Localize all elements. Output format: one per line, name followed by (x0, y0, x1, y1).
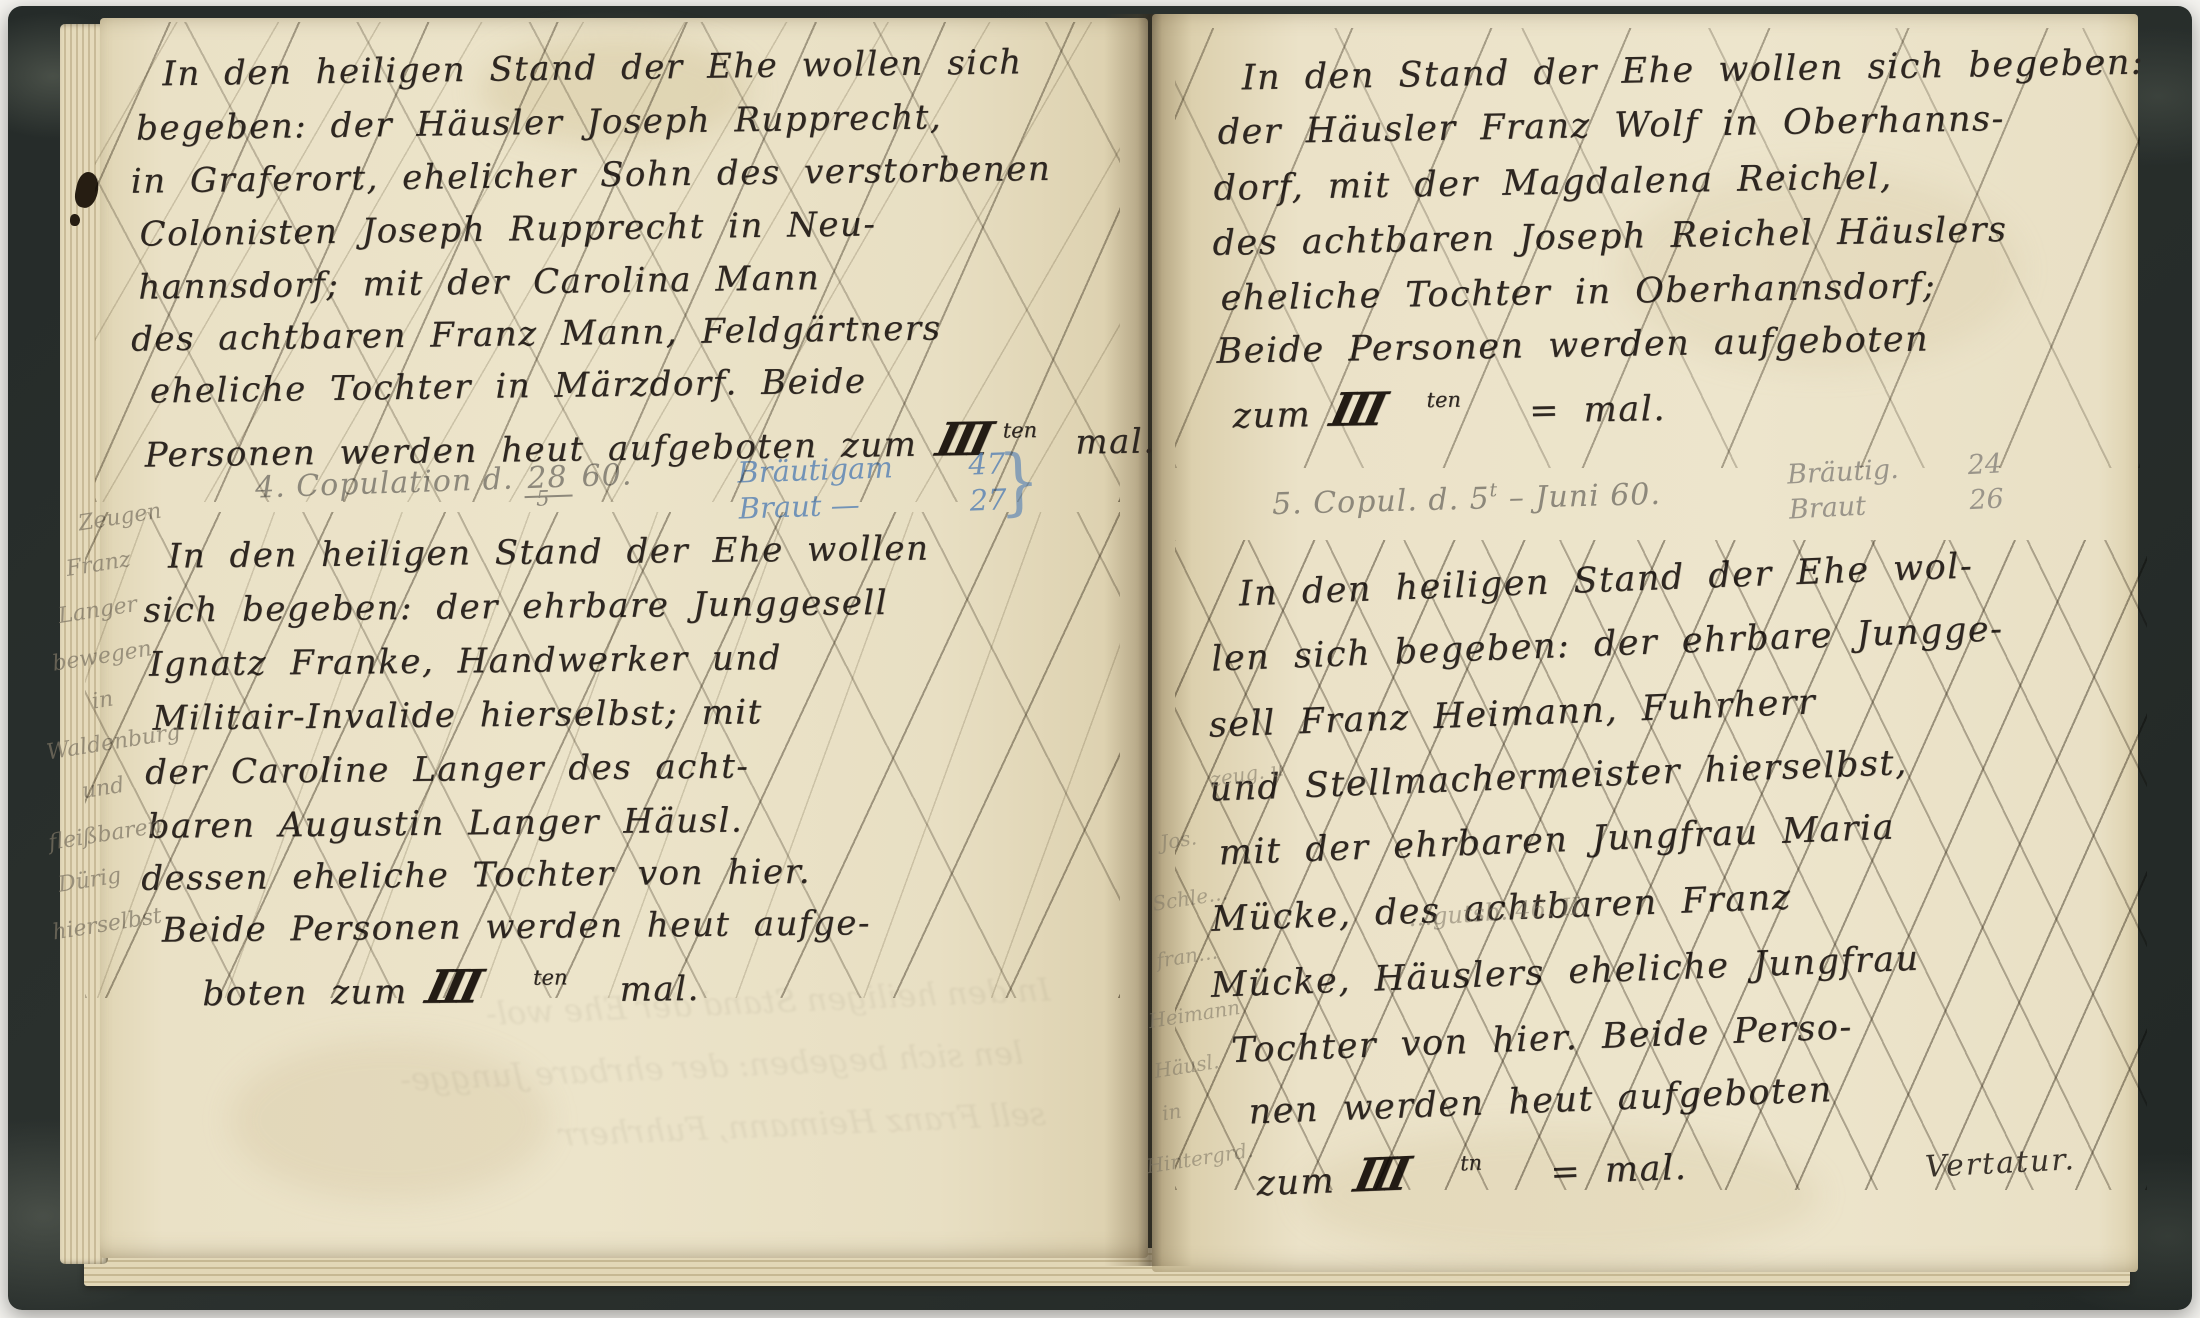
handwritten-line: mit der ehrbaren Jungfrau Maria (1218, 808, 1896, 874)
handwritten-line: in Graferort, ehelicher Sohn des verstor… (131, 149, 1052, 202)
date-month: 5 (536, 486, 551, 510)
ink-blot (70, 214, 80, 226)
bride-label: Braut (1788, 489, 1867, 528)
line-text: zum (1256, 1161, 1336, 1204)
groom-label: Bräutigam (737, 449, 894, 490)
roman-numeral-iii: III (1349, 1146, 1410, 1202)
line-text: = mal. (1529, 389, 1667, 431)
line-text: zum (1232, 395, 1311, 436)
ordinal-suffix: ten (533, 965, 568, 989)
handwritten-line: Colonisten Joseph Rupprecht in Neu- (139, 204, 876, 254)
handwritten-line-banns-count: boten zumIIItenmal. (202, 957, 700, 1016)
register-entry-franke-langer: In den heiligen Stand der Ehe wollen sic… (103, 517, 1108, 1007)
groom-age: 24 (1967, 446, 2003, 483)
handwritten-line: Mücke, Häuslers eheliche Jungfrau (1210, 939, 1920, 1006)
handwritten-line: len sich begeben: der ehrbare Jungge- (1211, 609, 2005, 679)
roman-numeral-iii: III (421, 959, 483, 1014)
note-text: 5. Copul. d. 5 (1272, 481, 1491, 522)
handwritten-line: In den heiligen Stand der Ehe wollen (168, 529, 930, 577)
roman-numeral-iii: III (1325, 382, 1387, 437)
line-text: boten zum (202, 972, 408, 1014)
blue-pencil-ages-note: Bräutigam47 Braut —27 } (737, 445, 1007, 526)
age-brace: } (996, 438, 1041, 524)
handwritten-line: In den Stand der Ehe wollen sich begeben… (1241, 43, 2144, 99)
date-fraction: 285 (523, 460, 572, 497)
handwritten-line: und Stellmachermeister hierselbst, (1209, 743, 1909, 810)
margin-note: in (90, 686, 115, 714)
line-text: mal. (1075, 421, 1156, 462)
register-entry-wolf-reichel: In den Stand der Ehe wollen sich begeben… (1181, 37, 2149, 494)
photograph-background: In den heiligen Stand der Ehe wol- len s… (0, 0, 2200, 1318)
ordinal-suffix: t (1489, 479, 1498, 501)
handwritten-line: der Häusler Franz Wolf in Oberhanns- (1217, 99, 2005, 153)
handwritten-line: Beide Personen werden heut aufge- (162, 903, 872, 950)
handwritten-line-banns-count: zumIIIten= mal. (1232, 377, 1666, 439)
handwritten-line: Ignatz Franke, Handwerker und (149, 638, 782, 685)
margin-note: in (1160, 1099, 1183, 1126)
handwritten-line: Tochter von hier. Beide Perso- (1231, 1007, 1854, 1071)
register-entry-heimann-muecke: In den heiligen Stand der Ehe wol- len s… (1173, 533, 2177, 1220)
handwritten-line: hannsdorf; mit der Carolina Mann (138, 258, 820, 308)
groom-label: Bräutig. (1786, 452, 1899, 493)
pencil-ages-note: Bräutig.24 Braut26 (1786, 446, 2004, 527)
handwritten-line: Beide Personen werden aufgeboten (1216, 319, 1929, 371)
handwritten-line: Militair-Invalide hierselbst; mit (152, 692, 763, 738)
line-text: = mal. (1550, 1148, 1688, 1193)
handwritten-line: baren Augustin Langer Häusl. (147, 801, 743, 847)
note-text: – Juni 60. (1508, 477, 1661, 516)
handwritten-line: der Caroline Langer des acht- (145, 746, 750, 792)
handwritten-line-banns-count: zumIIItn= mal. (1255, 1136, 1688, 1207)
bride-age: 26 (1969, 481, 2005, 518)
handwritten-line: In den heiligen Stand der Ehe wollen sic… (162, 42, 1023, 94)
handwritten-line: sich begeben: der ehrbare Junggesell (143, 583, 888, 631)
handwritten-line: dessen eheliche Tochter von hier. (141, 852, 811, 899)
handwritten-line: begeben: der Häusler Joseph Rupprecht, (136, 97, 943, 148)
handwritten-line: des achtbaren Franz Mann, Feldgärtners (131, 308, 942, 359)
handwritten-line: eheliche Tochter in Märzdorf. Beide (150, 362, 867, 412)
ordinal-suffix: ten (1426, 388, 1461, 413)
handwritten-line: des achtbaren Joseph Reichel Häuslers (1212, 210, 2008, 264)
ordinal-suffix: tn (1460, 1151, 1483, 1176)
handwritten-line: sell Franz Heimann, Fuhrherr (1208, 682, 1817, 745)
handwritten-line: nen werden heut aufgeboten (1248, 1070, 1833, 1132)
register-entry-rupprecht-mann: In den heiligen Stand der Ehe wollen sic… (117, 33, 1113, 487)
date-year: 60. (581, 457, 633, 494)
handwritten-line: dorf, mit der Magdalena Reichel, (1213, 157, 1893, 209)
line-text: mal. (619, 969, 700, 1010)
handwritten-line: eheliche Tochter in Oberhannsdorf; (1220, 266, 1936, 318)
